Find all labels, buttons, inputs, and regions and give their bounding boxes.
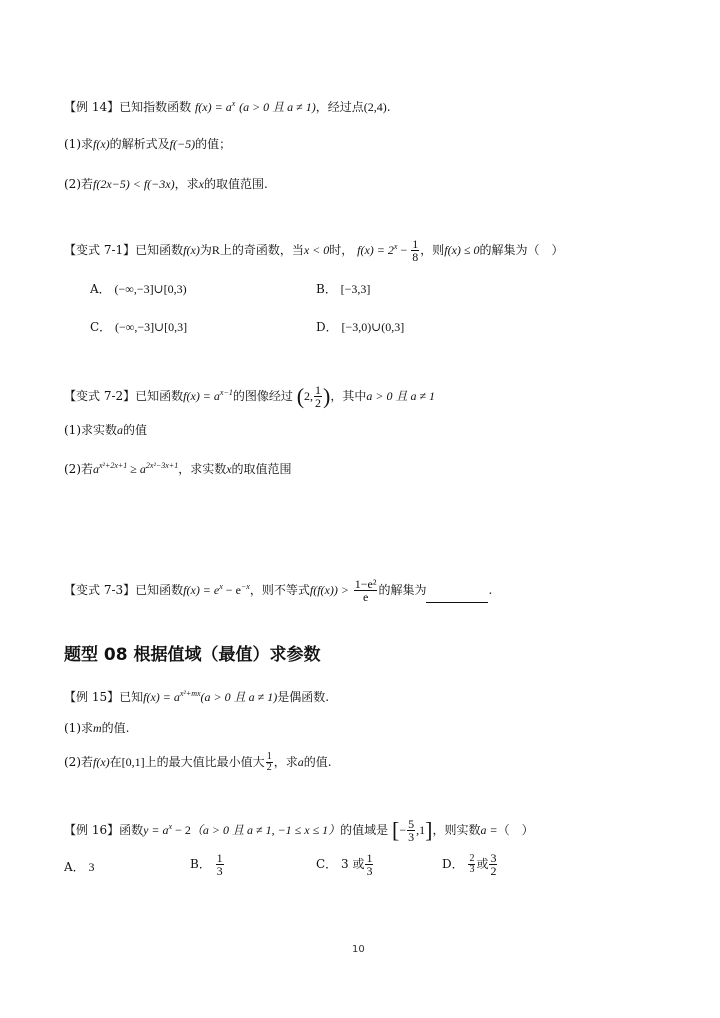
page-number: 10	[352, 944, 365, 955]
example-16-statement: 【例 16】函数y = ax − 2（a > 0 且 a ≠ 1, −1 ≤ x…	[64, 818, 534, 843]
option-d[interactable]: D． [−3,0)∪(0,3]	[316, 318, 404, 335]
answer-blank[interactable]	[426, 590, 488, 603]
example-15-question-2: (2)若f(x)在[0,1]上的最大值比最小值大12，求a的值.	[64, 752, 332, 773]
option-d[interactable]: D． 23或32	[442, 852, 498, 877]
variant-7-2-question-1: (1)求实数a的值	[64, 422, 147, 438]
example-14-statement: 【例 14】已知指数函数 f(x) = ax (a > 0 且 a ≠ 1)，经…	[64, 96, 391, 115]
example-15-question-1: (1)求m的值.	[64, 720, 130, 736]
section-heading: 题型 08 根据值域（最值）求参数	[64, 640, 321, 665]
option-c[interactable]: C． (−∞,−3]∪[0,3]	[90, 318, 187, 335]
option-a[interactable]: A． 3	[64, 858, 95, 875]
example-14-question-2: (2)若f(2x−5) < f(−3x)，求x的取值范围.	[64, 176, 268, 192]
option-a[interactable]: A． (−∞,−3]∪[0,3)	[90, 280, 187, 297]
example-label: 【例 14】	[64, 100, 119, 114]
variant-7-3-statement: 【变式 7-3】已知函数f(x) = ex − e−x，则不等式f(f(x)) …	[64, 578, 492, 603]
fraction: 18	[411, 238, 419, 263]
variant-7-2-question-2: (2)若ax²+2x+1 ≥ a2x²−3x+1，求实数x的取值范围	[64, 458, 292, 477]
option-b[interactable]: B． 13	[190, 852, 225, 877]
variant-7-1-statement: 【变式 7-1】已知函数f(x)为R上的奇函数，当x < 0时， f(x) = …	[64, 238, 564, 263]
option-b[interactable]: B． [−3,3]	[316, 280, 370, 297]
variant-7-2-statement: 【变式 7-2】已知函数f(x) = ax−1的图像经过 (2,12)，其中a …	[64, 384, 435, 409]
example-15-statement: 【例 15】已知f(x) = ax²+mx(a > 0 且 a ≠ 1)是偶函数…	[64, 686, 329, 705]
example-14-question-1: (1)求f(x)的解析式及f(−5)的值；	[64, 136, 231, 152]
option-c[interactable]: C． 3 或13	[316, 852, 374, 877]
